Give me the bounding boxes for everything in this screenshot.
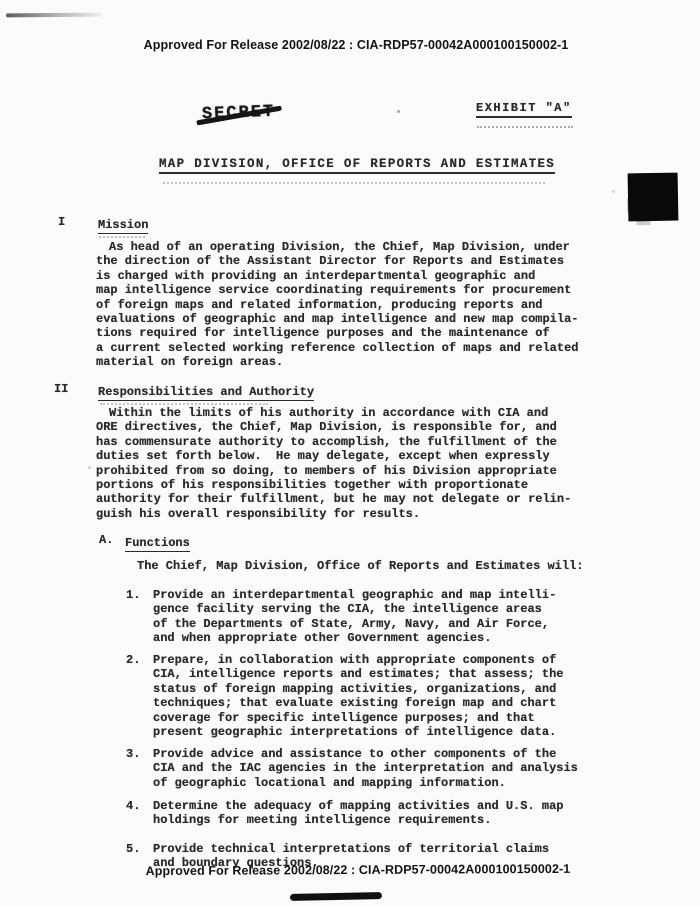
section-heading-responsibilities-label: Responsibilities and Authority — [98, 385, 314, 401]
scan-speck — [612, 190, 615, 193]
function-item-3-number: 3. — [126, 747, 140, 761]
scan-smudge-top-left — [6, 13, 102, 18]
functions-intro: The Chief, Map Division, Office of Repor… — [137, 559, 607, 573]
secret-classification-stamp: SECRET — [202, 103, 276, 124]
scanned-document-page: Approved For Release 2002/08/22 : CIA-RD… — [0, 0, 700, 906]
function-item-2: 2. Prepare, in collaboration with approp… — [153, 653, 593, 739]
mission-paragraph: As head of an operating Division, the Ch… — [96, 240, 596, 370]
exhibit-label: EXHIBIT "A" — [476, 101, 572, 118]
scan-dotline-title — [163, 182, 545, 184]
scan-dotline-responsibilities — [100, 403, 268, 405]
scan-dotline-exhibit — [477, 126, 573, 128]
function-item-4: 4. Determine the adequacy of mapping act… — [153, 799, 593, 828]
subsection-label: A. — [99, 533, 113, 547]
redaction-bar-bottom — [290, 892, 382, 901]
approval-stamp-bottom: Approved For Release 2002/08/22 : CIA-RD… — [0, 861, 700, 879]
function-item-4-number: 4. — [126, 799, 140, 813]
section-heading-mission-label: Mission — [98, 218, 148, 234]
function-item-3: 3. Provide advice and assistance to othe… — [153, 747, 593, 790]
function-item-2-text: Prepare, in collaboration with appropria… — [153, 653, 593, 739]
section-heading-mission: Mission — [98, 215, 148, 234]
scan-speck — [397, 110, 400, 113]
scan-speck — [88, 466, 91, 469]
function-item-2-number: 2. — [126, 653, 140, 667]
section-heading-responsibilities: Responsibilities and Authority — [98, 382, 314, 401]
approval-stamp-top: Approved For Release 2002/08/22 : CIA-RD… — [0, 38, 700, 52]
scan-dotline-mission — [99, 236, 145, 238]
function-item-5-number: 5. — [126, 842, 140, 856]
function-item-4-text: Determine the adequacy of mapping activi… — [153, 799, 593, 828]
function-item-1: 1. Provide an interdepartmental geograph… — [153, 588, 593, 646]
subsection-heading-functions-label: Functions — [125, 536, 190, 552]
function-item-1-number: 1. — [126, 588, 140, 602]
section-numeral-1: I — [58, 215, 65, 229]
function-item-1-text: Provide an interdepartmental geographic … — [153, 588, 593, 646]
redaction-box — [628, 173, 679, 222]
function-item-3-text: Provide advice and assistance to other c… — [153, 747, 593, 790]
section-numeral-2: II — [54, 382, 68, 396]
document-title: MAP DIVISION, OFFICE OF REPORTS AND ESTI… — [159, 157, 555, 174]
subsection-heading-functions: Functions — [125, 533, 190, 552]
responsibilities-paragraph: Within the limits of his authority in ac… — [96, 406, 596, 521]
